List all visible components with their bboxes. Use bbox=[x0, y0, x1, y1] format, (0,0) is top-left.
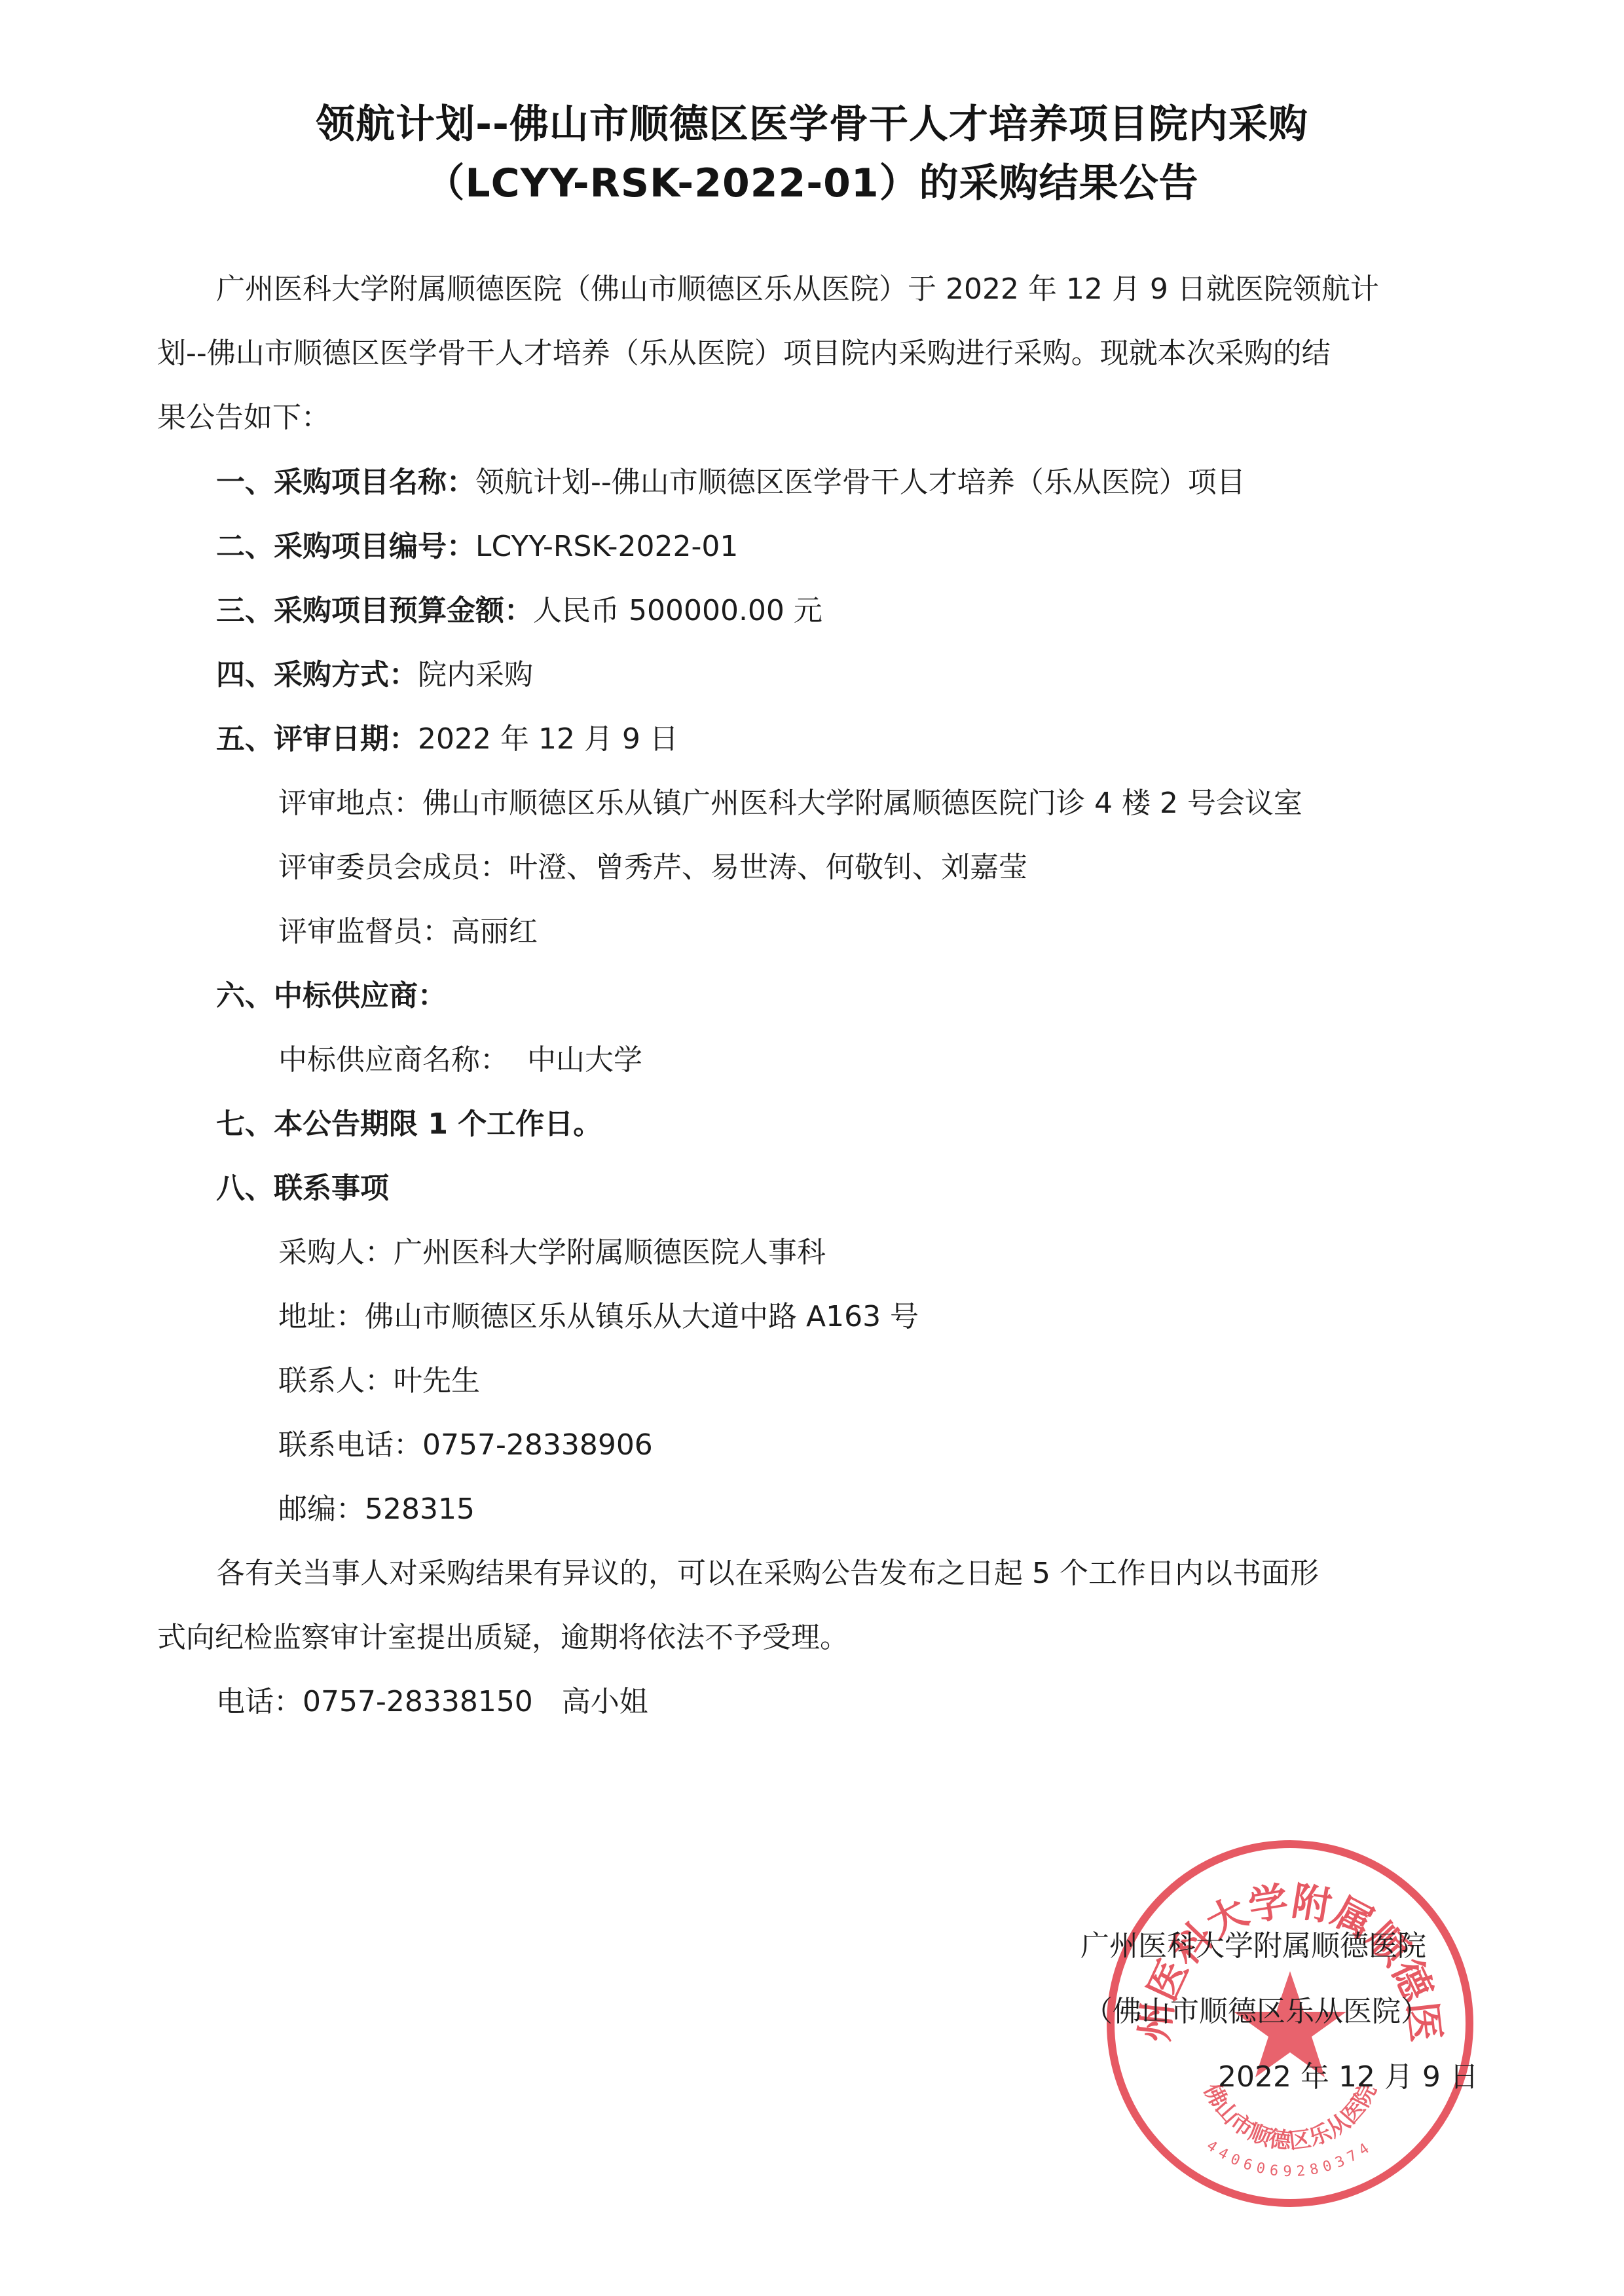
intro-paragraph-line3: 果公告如下： bbox=[157, 403, 330, 432]
signature-organization: 广州医科大学附属顺德医院 bbox=[1080, 1932, 1426, 1961]
section-value: LCYY-RSK-2022-01 bbox=[475, 530, 738, 563]
review-supervisor: 评审监督员：高丽红 bbox=[278, 917, 538, 946]
objection-paragraph-line2: 式向纪检监察审计室提出质疑，逾期将依法不予受理。 bbox=[157, 1623, 849, 1652]
signature-organization-alias: （佛山市顺德区乐从医院） bbox=[1084, 1997, 1430, 2026]
section-notice-period: 七、本公告期限 1 个工作日。 bbox=[216, 1110, 602, 1139]
signature-date: 2022 年 12 月 9 日 bbox=[1218, 2063, 1479, 2092]
document-title-line2: （LCYY-RSK-2022-01）的采购结果公告 bbox=[0, 164, 1624, 203]
contact-person: 联系人：叶先生 bbox=[278, 1367, 480, 1396]
section-procurement-method: 四、采购方式：院内采购 bbox=[216, 661, 533, 690]
section-label: 六、中标供应商： bbox=[216, 979, 447, 1012]
contact-address: 地址：佛山市顺德区乐从镇乐从大道中路 A163 号 bbox=[278, 1303, 919, 1331]
section-winning-supplier: 六、中标供应商： bbox=[216, 982, 447, 1010]
section-budget: 三、采购项目预算金额：人民币 500000.00 元 bbox=[216, 597, 822, 625]
section-label: 二、采购项目编号： bbox=[216, 530, 475, 563]
supplier-value: 中山大学 bbox=[527, 1043, 642, 1077]
section-label: 八、联系事项 bbox=[216, 1172, 389, 1205]
document-title-line1: 领航计划--佛山市顺德区医学骨干人才培养项目院内采购 bbox=[0, 105, 1624, 144]
section-review-date: 五、评审日期：2022 年 12 月 9 日 bbox=[216, 725, 678, 754]
section-value: 领航计划--佛山市顺德区医学骨干人才培养（乐从医院）项目 bbox=[475, 466, 1246, 499]
section-value: 人民币 500000.00 元 bbox=[533, 594, 822, 627]
section-value: 2022 年 12 月 9 日 bbox=[418, 722, 678, 756]
section-project-number: 二、采购项目编号：LCYY-RSK-2022-01 bbox=[216, 532, 738, 561]
review-location: 评审地点：佛山市顺德区乐从镇广州医科大学附属顺德医院门诊 4 楼 2 号会议室 bbox=[278, 789, 1302, 818]
section-value: 院内采购 bbox=[418, 658, 533, 692]
section-label: 一、采购项目名称： bbox=[216, 466, 475, 499]
announcement-page: 领航计划--佛山市顺德区医学骨干人才培养项目院内采购 （LCYY-RSK-202… bbox=[0, 0, 1624, 2296]
section-contact: 八、联系事项 bbox=[216, 1174, 389, 1203]
section-label: 七、本公告期限 1 个工作日。 bbox=[216, 1107, 602, 1141]
section-label: 五、评审日期： bbox=[216, 722, 418, 756]
contact-postcode: 邮编：528315 bbox=[278, 1495, 475, 1524]
objection-paragraph-line1: 各有关当事人对采购结果有异议的，可以在采购公告发布之日起 5 个工作日内以书面形 bbox=[216, 1559, 1319, 1588]
section-label: 四、采购方式： bbox=[216, 658, 418, 692]
contact-phone: 联系电话：0757-28338906 bbox=[278, 1431, 653, 1460]
contact-purchaser: 采购人：广州医科大学附属顺德医院人事科 bbox=[278, 1238, 826, 1267]
intro-paragraph-line1: 广州医科大学附属顺德医院（佛山市顺德区乐从医院）于 2022 年 12 月 9 … bbox=[216, 275, 1379, 304]
intro-paragraph-line2: 划--佛山市顺德区医学骨干人才培养（乐从医院）项目院内采购进行采购。现就本次采购… bbox=[157, 339, 1331, 368]
winning-supplier-name: 中标供应商名称： 中山大学 bbox=[278, 1046, 642, 1075]
review-committee: 评审委员会成员：叶澄、曾秀芹、易世涛、何敬钊、刘嘉莹 bbox=[278, 853, 1027, 882]
section-label: 三、采购项目预算金额： bbox=[216, 594, 533, 627]
objection-phone: 电话：0757-28338150 高小姐 bbox=[216, 1688, 648, 1716]
supplier-label: 中标供应商名称： bbox=[278, 1043, 509, 1077]
section-project-name: 一、采购项目名称：领航计划--佛山市顺德区医学骨干人才培养（乐从医院）项目 bbox=[216, 468, 1246, 497]
